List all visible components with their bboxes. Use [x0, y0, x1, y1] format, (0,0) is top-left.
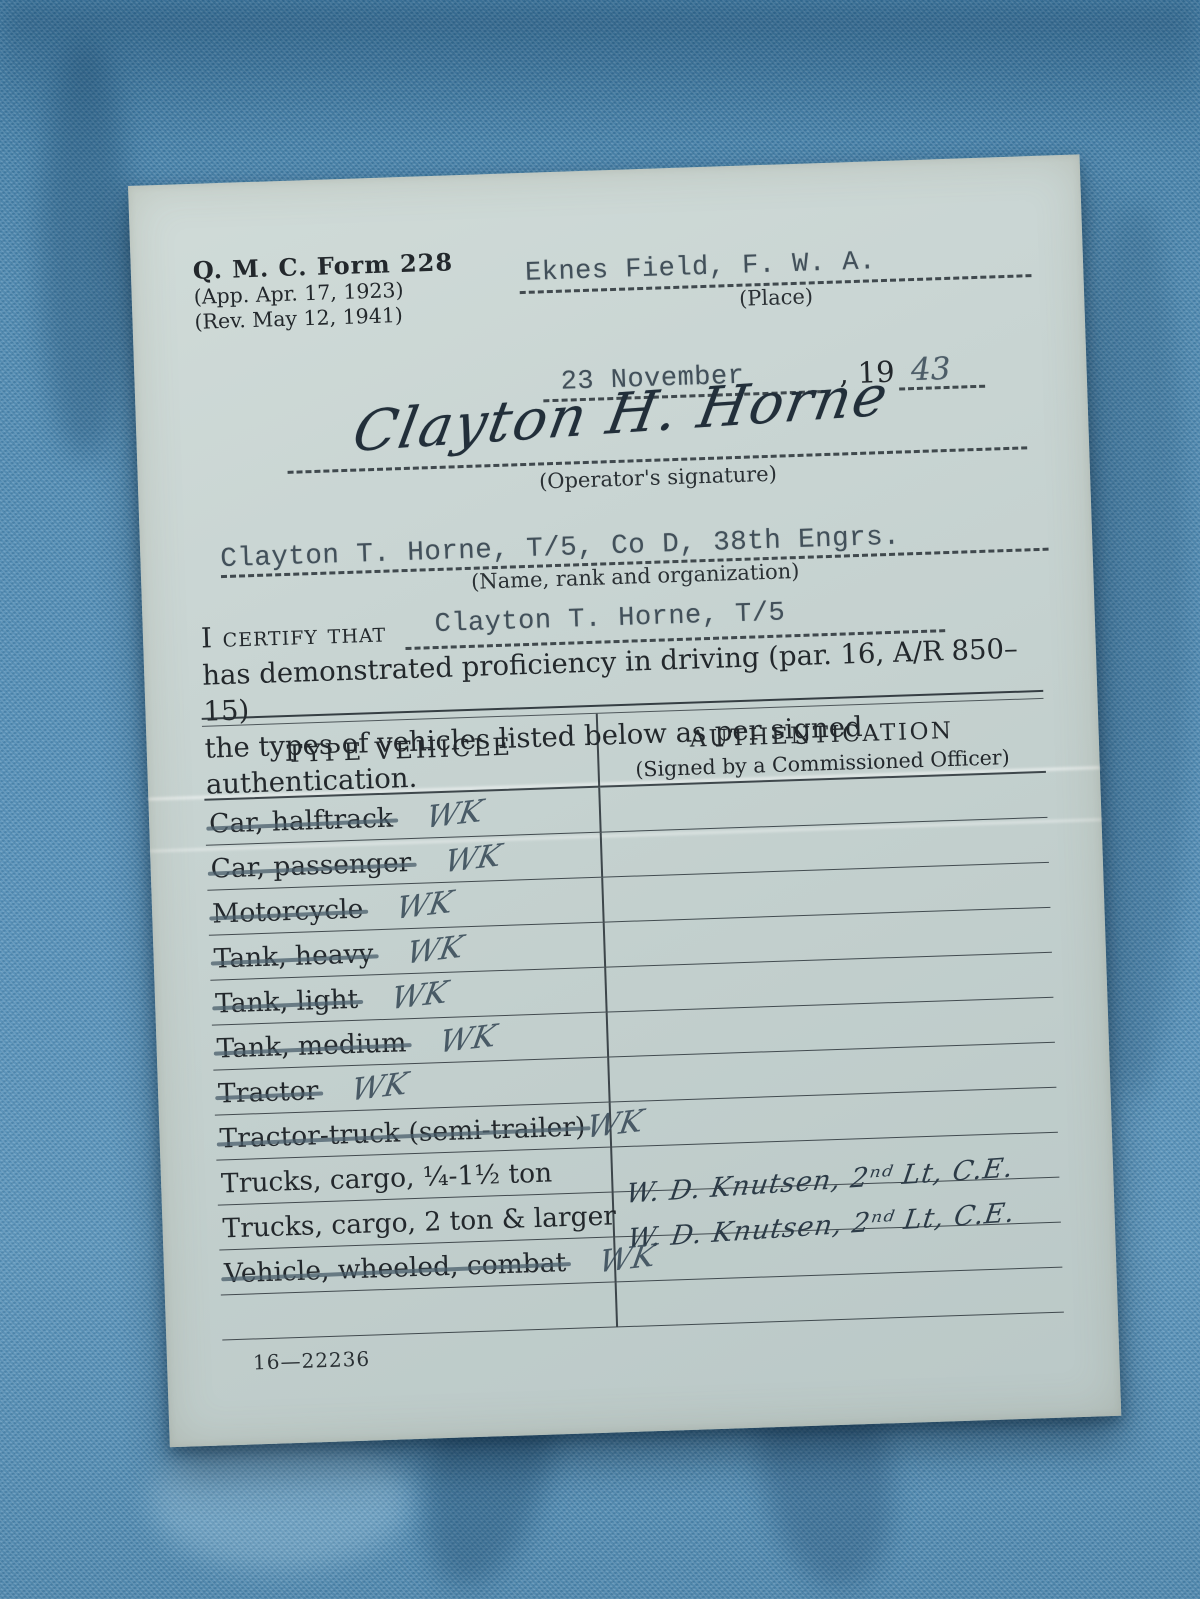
table-body: Car, halftrackWK Car, passengerWK Motorc… — [204, 773, 1063, 1341]
initials-handwritten: WK — [350, 1072, 410, 1104]
vehicle-name: Tractor-truck (semi-trailer) — [219, 1111, 586, 1154]
initials-handwritten: WK — [390, 980, 450, 1012]
name-field: Clayton T. Horne, T/5, Co D, 38th Engrs.… — [219, 504, 1049, 602]
initials-handwritten: WK — [443, 844, 503, 876]
photo-scene: Q. M. C. Form 228 (App. Apr. 17, 1923) (… — [0, 0, 1200, 1599]
vehicle-name: Tank, medium — [216, 1027, 407, 1064]
certify-name-value: Clayton T. Horne, T/5 — [434, 597, 786, 644]
form-card: Q. M. C. Form 228 (App. Apr. 17, 1923) (… — [128, 154, 1121, 1447]
initials-handwritten: WK — [395, 890, 455, 922]
initials-handwritten: WK — [405, 935, 465, 967]
form-id-block: Q. M. C. Form 228 (App. Apr. 17, 1923) (… — [192, 247, 455, 335]
initials-handwritten: WK — [438, 1024, 498, 1056]
operator-signature-field: Clayton H. Horne (Operator's signature) — [285, 384, 1028, 501]
vehicle-name: Trucks, cargo, 2 ton & larger — [222, 1200, 616, 1244]
date-year-handwritten: 43 — [910, 351, 951, 388]
vehicle-name: Car, halftrack — [209, 803, 394, 840]
vehicle-name: Tank, heavy — [213, 938, 374, 974]
place-value: Eknes Field, F. W. A. — [525, 247, 877, 289]
certify-lead: I certify that — [201, 616, 387, 654]
place-field: Eknes Field, F. W. A. (Place) — [518, 226, 1032, 318]
vehicle-name: Tractor — [218, 1075, 319, 1109]
vehicle-name: Vehicle, wheeled, combat — [224, 1247, 567, 1289]
vehicle-name: Motorcycle — [212, 894, 364, 930]
initials-handwritten: WK — [424, 799, 484, 831]
vehicle-name: Tank, light — [215, 984, 359, 1020]
vehicle-name: Trucks, cargo, ¼-1½ ton — [221, 1157, 553, 1199]
form-print-code: 16—22236 — [253, 1347, 371, 1375]
vehicle-name: Car, passenger — [210, 847, 412, 885]
column-header-type-vehicle: TYPE VEHICLE — [202, 714, 600, 801]
vehicle-table: TYPE VEHICLE AUTHENTICATION (Signed by a… — [202, 690, 1064, 1341]
